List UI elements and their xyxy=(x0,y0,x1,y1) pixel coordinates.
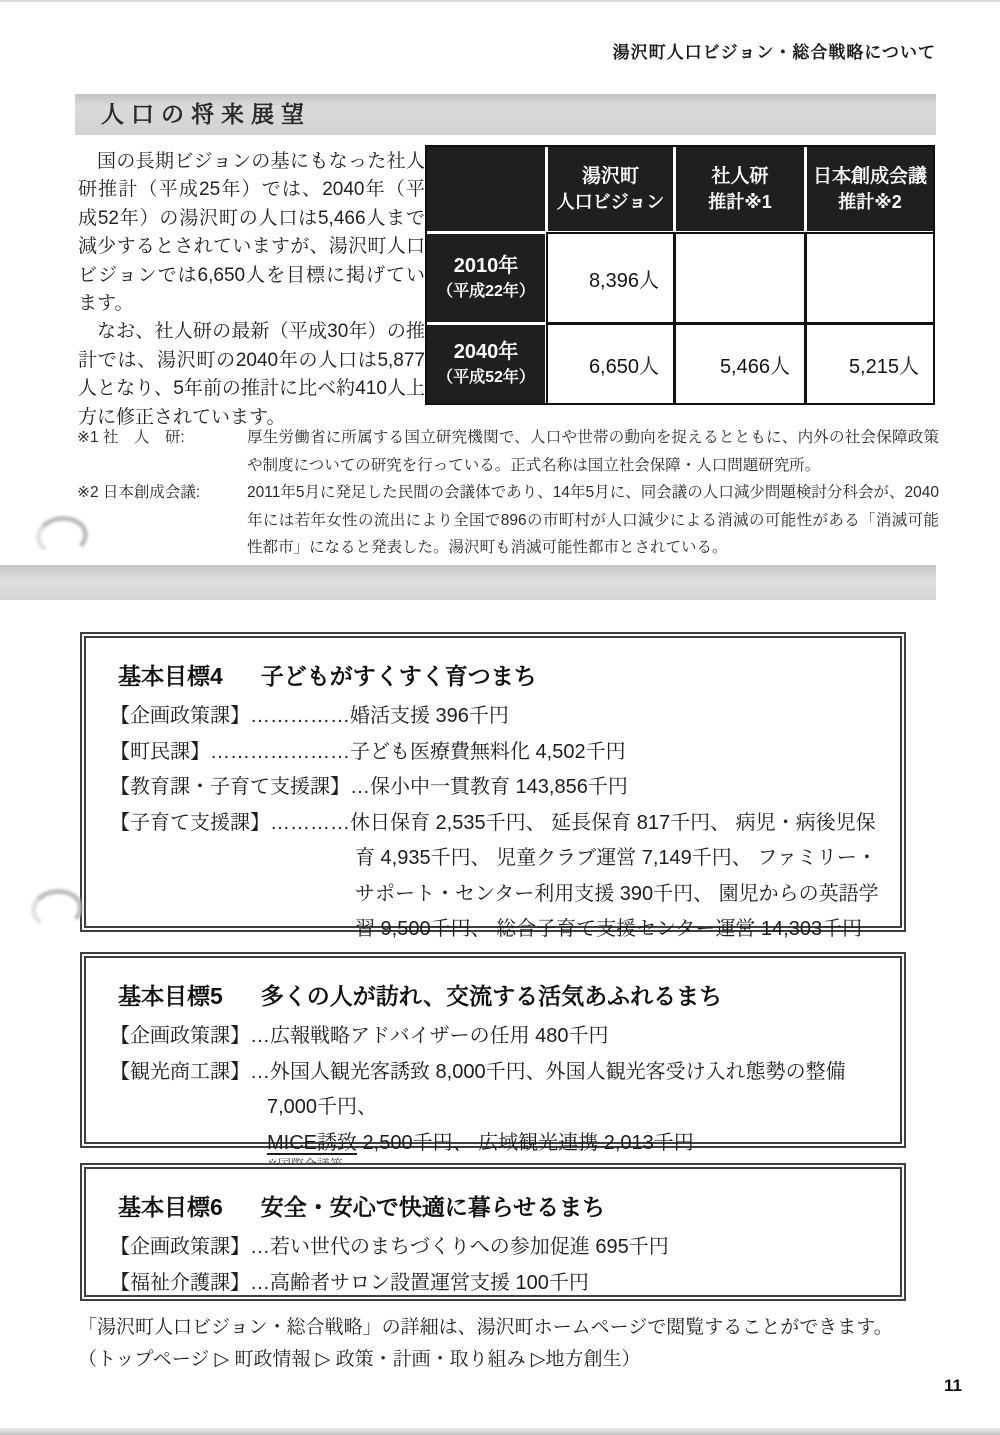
population-table: 湯沢町 人口ビジョン 社人研 推計※1 日本創成会議 推計※2 2010年 （平… xyxy=(425,145,935,405)
goal-5-title: 基本目標5多くの人が訪れ、交流する活気あふれるまち xyxy=(110,978,880,1011)
goal-box-4: 基本目標4子どもがすくすく育つまち 【企画政策課】……………婚活支援 396千円… xyxy=(80,632,906,932)
budget-entry: 【福祉介護課】…高齢者サロン設置運営支援 100千円 xyxy=(110,1266,880,1302)
table-value-2040-vision: 6,650人 xyxy=(548,325,673,403)
footnote-2-label: ※2 日本創成会議: xyxy=(77,479,247,562)
table-corner-cell xyxy=(427,147,545,231)
body-paragraph-2: なお、社人研の最新（平成30年）の推計では、湯沢町の2040年の人口は5,877… xyxy=(78,318,425,432)
budget-entry: 【企画政策課】…広報戦略アドバイザーの任用 480千円 xyxy=(110,1019,880,1055)
footer-line-1: 「湯沢町人口ビジョン・総合戦略」の詳細は、湯沢町ホームページで閲覧することができ… xyxy=(78,1312,938,1344)
footnote-1: ※1 社 人 研: 厚生労働省に所属する国立研究機関で、人口や世帯の動向を捉える… xyxy=(77,424,939,479)
table-header-yuzawa-vision: 湯沢町 人口ビジョン xyxy=(548,147,673,231)
budget-entry: 【企画政策課】…若い世代のまちづくりへの参加促進 695千円 xyxy=(110,1230,880,1266)
table-value-2010-vision: 8,396人 xyxy=(548,234,673,322)
body-paragraph-1: 国の長期ビジョンの基にもなった社人研推計（平成25年）では、2040年（平成52… xyxy=(78,148,425,318)
section-divider-band xyxy=(0,565,936,600)
goal-5-number: 基本目標5 xyxy=(118,983,223,1009)
goal-6-title-text: 安全・安心で快適に暮らせるまち xyxy=(261,1194,605,1220)
footnote-2-text: 2011年5月に発足した民間の会議体であり、14年5月に、同会議の人口減少問題検… xyxy=(247,479,939,562)
budget-entry: 【企画政策課】……………婚活支援 396千円 xyxy=(110,699,880,735)
scan-edge-bottom xyxy=(0,1428,1000,1435)
table-value-2040-sosei: 5,215人 xyxy=(807,325,933,403)
footnotes: ※1 社 人 研: 厚生労働省に所属する国立研究機関で、人口や世帯の動向を捉える… xyxy=(77,424,939,562)
goal-box-5: 基本目標5多くの人が訪れ、交流する活気あふれるまち 【企画政策課】…広報戦略アド… xyxy=(80,952,906,1148)
goal-5-title-text: 多くの人が訪れ、交流する活気あふれるまち xyxy=(261,983,722,1009)
table-value-2040-shajinken: 5,466人 xyxy=(676,325,804,403)
budget-entry: 【観光商工課】…外国人観光客誘致 8,000千円、外国人観光客受け入れ態勢の整備… xyxy=(110,1055,880,1126)
footer-note: 「湯沢町人口ビジョン・総合戦略」の詳細は、湯沢町ホームページで閲覧することができ… xyxy=(78,1312,938,1375)
scan-edge-top xyxy=(0,0,1000,2)
footnote-2: ※2 日本創成会議: 2011年5月に発足した民間の会議体であり、14年5月に、… xyxy=(77,479,939,562)
goal-6-number: 基本目標6 xyxy=(118,1194,223,1220)
budget-entry: 【子育て支援課】…………休日保育 2,535千円、 延長保育 817千円、 病児… xyxy=(110,806,880,948)
budget-entry: 【教育課・子育て支援課】…保小中一貫教育 143,856千円 xyxy=(110,770,880,806)
table-row-label-2010: 2010年 （平成22年） xyxy=(427,234,545,322)
section-title-bar: 人口の将来展望 xyxy=(75,94,936,135)
goal-box-6: 基本目標6安全・安心で快適に暮らせるまち 【企画政策課】…若い世代のまちづくりへ… xyxy=(80,1163,906,1301)
budget-entry-continuation: MICE誘致 2,500千円、 広域観光連携 2,013千円 xyxy=(267,1126,880,1162)
running-header: 湯沢町人口ビジョン・総合戦略について xyxy=(613,38,936,63)
table-header-sosei-kaigi: 日本創成会議 推計※2 xyxy=(807,147,933,231)
binder-hole-mark xyxy=(29,886,85,931)
footer-breadcrumb: （トップページ ▷ 町政情報 ▷ 政策・計画・取り組み ▷地方創生） xyxy=(78,1344,938,1376)
body-text: 国の長期ビジョンの基にもなった社人研推計（平成25年）では、2040年（平成52… xyxy=(78,148,425,432)
footnote-1-text: 厚生労働省に所属する国立研究機関で、人口や世帯の動向を捉えるとともに、内外の社会… xyxy=(247,424,939,479)
document-page: 湯沢町人口ビジョン・総合戦略について 人口の将来展望 国の長期ビジョンの基にもな… xyxy=(0,0,1000,1435)
table-value-2010-sosei xyxy=(807,234,933,322)
mice-underlined-term: MICE誘致 xyxy=(267,1132,357,1154)
table-value-2010-shajinken xyxy=(676,234,804,322)
budget-entry: 【町民課】…………………子ども医療費無料化 4,502千円 xyxy=(110,735,880,771)
footnote-1-label: ※1 社 人 研: xyxy=(77,424,247,479)
goal-4-title: 基本目標4子どもがすくすく育つまち xyxy=(110,658,880,691)
goal-6-title: 基本目標6安全・安心で快適に暮らせるまち xyxy=(110,1189,880,1222)
section-title: 人口の将来展望 xyxy=(75,94,936,135)
table-row-label-2040: 2040年 （平成52年） xyxy=(427,325,545,403)
goal-4-title-text: 子どもがすくすく育つまち xyxy=(261,663,537,689)
table-header-shajinken: 社人研 推計※1 xyxy=(676,147,804,231)
goal-4-number: 基本目標4 xyxy=(118,663,223,689)
page-number: 11 xyxy=(944,1376,962,1396)
